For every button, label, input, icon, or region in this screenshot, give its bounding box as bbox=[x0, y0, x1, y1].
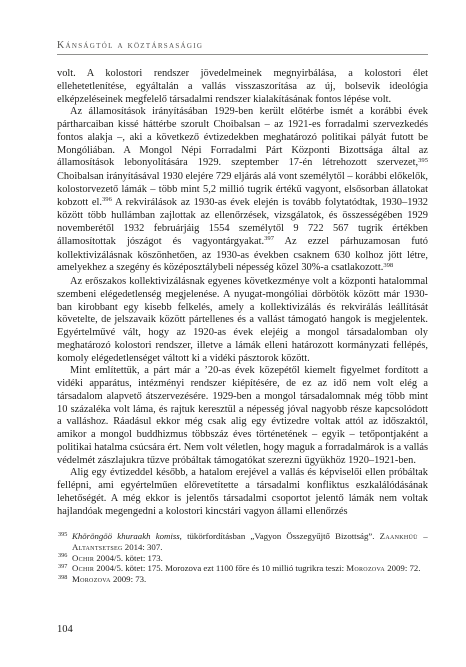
footnote-ref: 396 bbox=[102, 196, 112, 203]
paragraph: volt. A kolostori rendszer jövedelmeinek… bbox=[57, 68, 428, 106]
footnote-ref: 398 bbox=[383, 262, 393, 269]
book-page: Kánságtól a köztársaságig volt. A kolost… bbox=[0, 0, 466, 667]
paragraph: Az államosítások irányításában 1929-ben … bbox=[57, 106, 428, 276]
text-run: 2009: 73. bbox=[111, 574, 146, 584]
footnote: 397Ochir 2004/5. kötet: 175. Morozova ez… bbox=[57, 563, 428, 574]
footnote: 398Morozova 2009: 73. bbox=[57, 574, 428, 585]
footnote-number: 396 bbox=[58, 551, 67, 562]
running-header-title: Kánságtól a köztársaságig bbox=[57, 40, 428, 55]
text-run: Mint említettük, a párt már a ’20-as éve… bbox=[57, 365, 428, 465]
paragraph: Alig egy évtizeddel később, a hatalom er… bbox=[57, 467, 428, 518]
text-run: Az erőszakos kollektivizálásnak egyenes … bbox=[57, 276, 428, 364]
footnote: 396Ochir 2004/5. kötet: 173. bbox=[57, 553, 428, 564]
text-run: Morozova bbox=[72, 574, 111, 584]
page-number: 104 bbox=[57, 624, 73, 635]
text-run: volt. A kolostori rendszer jövedelmeinek… bbox=[57, 68, 428, 105]
page-header: Kánságtól a köztársaságig bbox=[57, 40, 428, 55]
footnote-ref: 397 bbox=[264, 235, 274, 242]
text-run: 2004/5. kötet: 175. Morozova ezt 1100 fő… bbox=[94, 563, 346, 573]
footnotes-list: 395Khöröngöö khuraakh komiss, tükörfordí… bbox=[57, 531, 428, 585]
text-run: Ochir bbox=[72, 563, 94, 573]
footnote-ref: 395 bbox=[418, 157, 428, 164]
footnote: 395Khöröngöö khuraakh komiss, tükörfordí… bbox=[57, 531, 428, 552]
paragraph: Mint említettük, a párt már a ’20-as éve… bbox=[57, 365, 428, 467]
footnote-number: 397 bbox=[58, 562, 67, 573]
body-paragraphs: volt. A kolostori rendszer jövedelmeinek… bbox=[57, 68, 428, 518]
footnote-number: 395 bbox=[58, 530, 67, 541]
text-run: 2004/5. kötet: 173. bbox=[94, 553, 163, 563]
text-run: Ochir bbox=[72, 553, 94, 563]
text-run: Morozova bbox=[346, 563, 385, 573]
text-run: Az államosítások irányításában 1929-ben … bbox=[57, 106, 428, 168]
text-run: Alig egy évtizeddel később, a hatalom er… bbox=[57, 467, 428, 516]
footnote-number: 398 bbox=[58, 573, 67, 584]
text-run: , tükörfordításban „Vagyon Összegyűjtő B… bbox=[180, 531, 380, 541]
text-run: 2014: 307. bbox=[123, 542, 163, 552]
text-run: Khöröngöö khuraakh komiss bbox=[72, 531, 180, 541]
paragraph: Az erőszakos kollektivizálásnak egyenes … bbox=[57, 276, 428, 365]
text-run: 2009: 72. bbox=[385, 563, 420, 573]
